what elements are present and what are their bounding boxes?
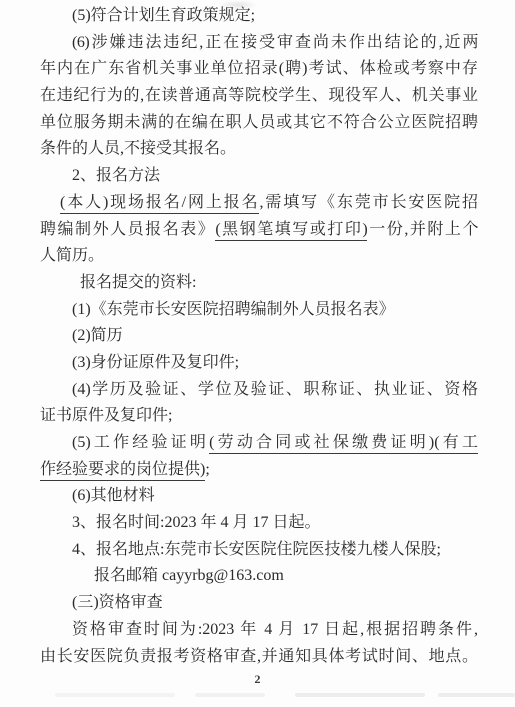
text-line: 人简历。	[40, 243, 478, 270]
text-segment: (1)《东莞市长安医院招聘编制外人员报名表》	[72, 301, 395, 318]
text-segment: 资格审查时间为:2023 年 4 月 17 日起,根据招聘条件,	[72, 621, 478, 638]
text-line: (三)资格审查	[40, 590, 478, 617]
document-body: (5)符合计划生育政策规定;(6)涉嫌违法违纪,正在接受审查尚未作出结论的,近两…	[40, 3, 478, 670]
text-line: 条件的人员,不接受其报名。	[40, 136, 478, 163]
scan-band-artifact	[438, 693, 515, 697]
scan-band-artifact	[55, 693, 175, 697]
text-segment: 聘编制外人员报名表》	[40, 221, 215, 238]
text-segment: (5)符合计划生育政策规定;	[72, 7, 255, 24]
text-segment: 由长安医院负责报考资格审查,并通知具体考试时间、地点。	[40, 648, 478, 665]
text-segment: (3)身份证原件及复印件;	[72, 354, 239, 371]
text-line: 报名提交的资料:	[40, 270, 478, 297]
text-segment: ;	[205, 461, 209, 478]
text-line: (2)简历	[40, 323, 478, 350]
text-line: (1)《东莞市长安医院招聘编制外人员报名表》	[40, 297, 478, 324]
text-segment: (4)学历及验证、学位及验证、职称证、执业证、资格	[72, 381, 478, 398]
underlined-text-segment: (黑钢笔填写或打印)	[215, 221, 367, 241]
text-line: (5)符合计划生育政策规定;	[40, 3, 478, 30]
text-segment: 条件的人员,不接受其报名。	[40, 140, 236, 157]
text-segment: 报名提交的资料:	[80, 274, 196, 291]
underlined-text-segment: 作经验要求的岗位提供)	[40, 461, 205, 481]
text-segment: 人简历。	[40, 247, 104, 264]
text-line: (4)学历及验证、学位及验证、职称证、执业证、资格	[40, 377, 478, 404]
text-line: 单位服务期未满的在编在职人员或其它不符合公立医院招聘	[40, 110, 478, 137]
text-segment: 4、报名地点:东莞市长安医院住院医技楼九楼人保股;	[72, 541, 441, 558]
text-segment: 3、报名时间:2023 年 4 月 17 日起。	[72, 514, 320, 531]
text-segment: (5)工作经验证明	[72, 434, 209, 451]
text-line: 由长安医院负责报考资格审查,并通知具体考试时间、地点。	[40, 644, 478, 671]
text-segment: (6)其他材料	[72, 487, 155, 504]
text-segment: (6)涉嫌违法违纪,正在接受审查尚未作出结论的,近两	[72, 34, 478, 51]
text-line: (6)涉嫌违法违纪,正在接受审查尚未作出结论的,近两	[40, 30, 478, 57]
text-line: 报名邮箱 cayyrbg@163.com	[40, 563, 478, 590]
scan-band-artifact	[295, 693, 425, 697]
text-line: (6)其他材料	[40, 483, 478, 510]
text-segment: 年内在广东省机关事业单位招录(聘)考试、体检或考察中存	[40, 60, 478, 77]
text-line: 2、报名方法	[40, 163, 478, 190]
text-line: (5)工作经验证明(劳动合同或社保缴费证明)(有工	[40, 430, 478, 457]
text-line: 聘编制外人员报名表》(黑钢笔填写或打印)一份,并附上个	[40, 217, 478, 244]
document-page: (5)符合计划生育政策规定;(6)涉嫌违法违纪,正在接受审查尚未作出结论的,近两…	[0, 0, 515, 707]
text-segment: 单位服务期未满的在编在职人员或其它不符合公立医院招聘	[40, 114, 478, 131]
text-segment: (三)资格审查	[72, 594, 163, 611]
text-line: 在违纪行为的,在读普通高等院校学生、现役军人、机关事业	[40, 83, 478, 110]
text-line: 3、报名时间:2023 年 4 月 17 日起。	[40, 510, 478, 537]
text-segment: 一份,并附上个	[367, 221, 478, 238]
underlined-text-segment: (本人)现场报名/网上报名	[60, 194, 259, 214]
text-segment: 报名邮箱 cayyrbg@163.com	[94, 567, 284, 584]
text-line: 作经验要求的岗位提供);	[40, 457, 478, 484]
text-segment: (2)简历	[72, 327, 123, 344]
text-line: (本人)现场报名/网上报名,需填写《东莞市长安医院招	[40, 190, 478, 217]
page-number: 2	[0, 672, 515, 688]
scan-band-artifact	[195, 693, 265, 697]
text-segment: 在违纪行为的,在读普通高等院校学生、现役军人、机关事业	[40, 87, 478, 104]
text-line: (3)身份证原件及复印件;	[40, 350, 478, 377]
text-line: 年内在广东省机关事业单位招录(聘)考试、体检或考察中存	[40, 56, 478, 83]
text-segment: 证书原件及复印件;	[40, 407, 172, 424]
text-segment: 2、报名方法	[72, 167, 160, 184]
text-line: 证书原件及复印件;	[40, 403, 478, 430]
text-line: 资格审查时间为:2023 年 4 月 17 日起,根据招聘条件,	[40, 617, 478, 644]
text-line: 4、报名地点:东莞市长安医院住院医技楼九楼人保股;	[40, 537, 478, 564]
underlined-text-segment: (劳动合同或社保缴费证明)(有工	[209, 434, 478, 454]
text-segment: ,需填写《东莞市长安医院招	[259, 194, 478, 211]
